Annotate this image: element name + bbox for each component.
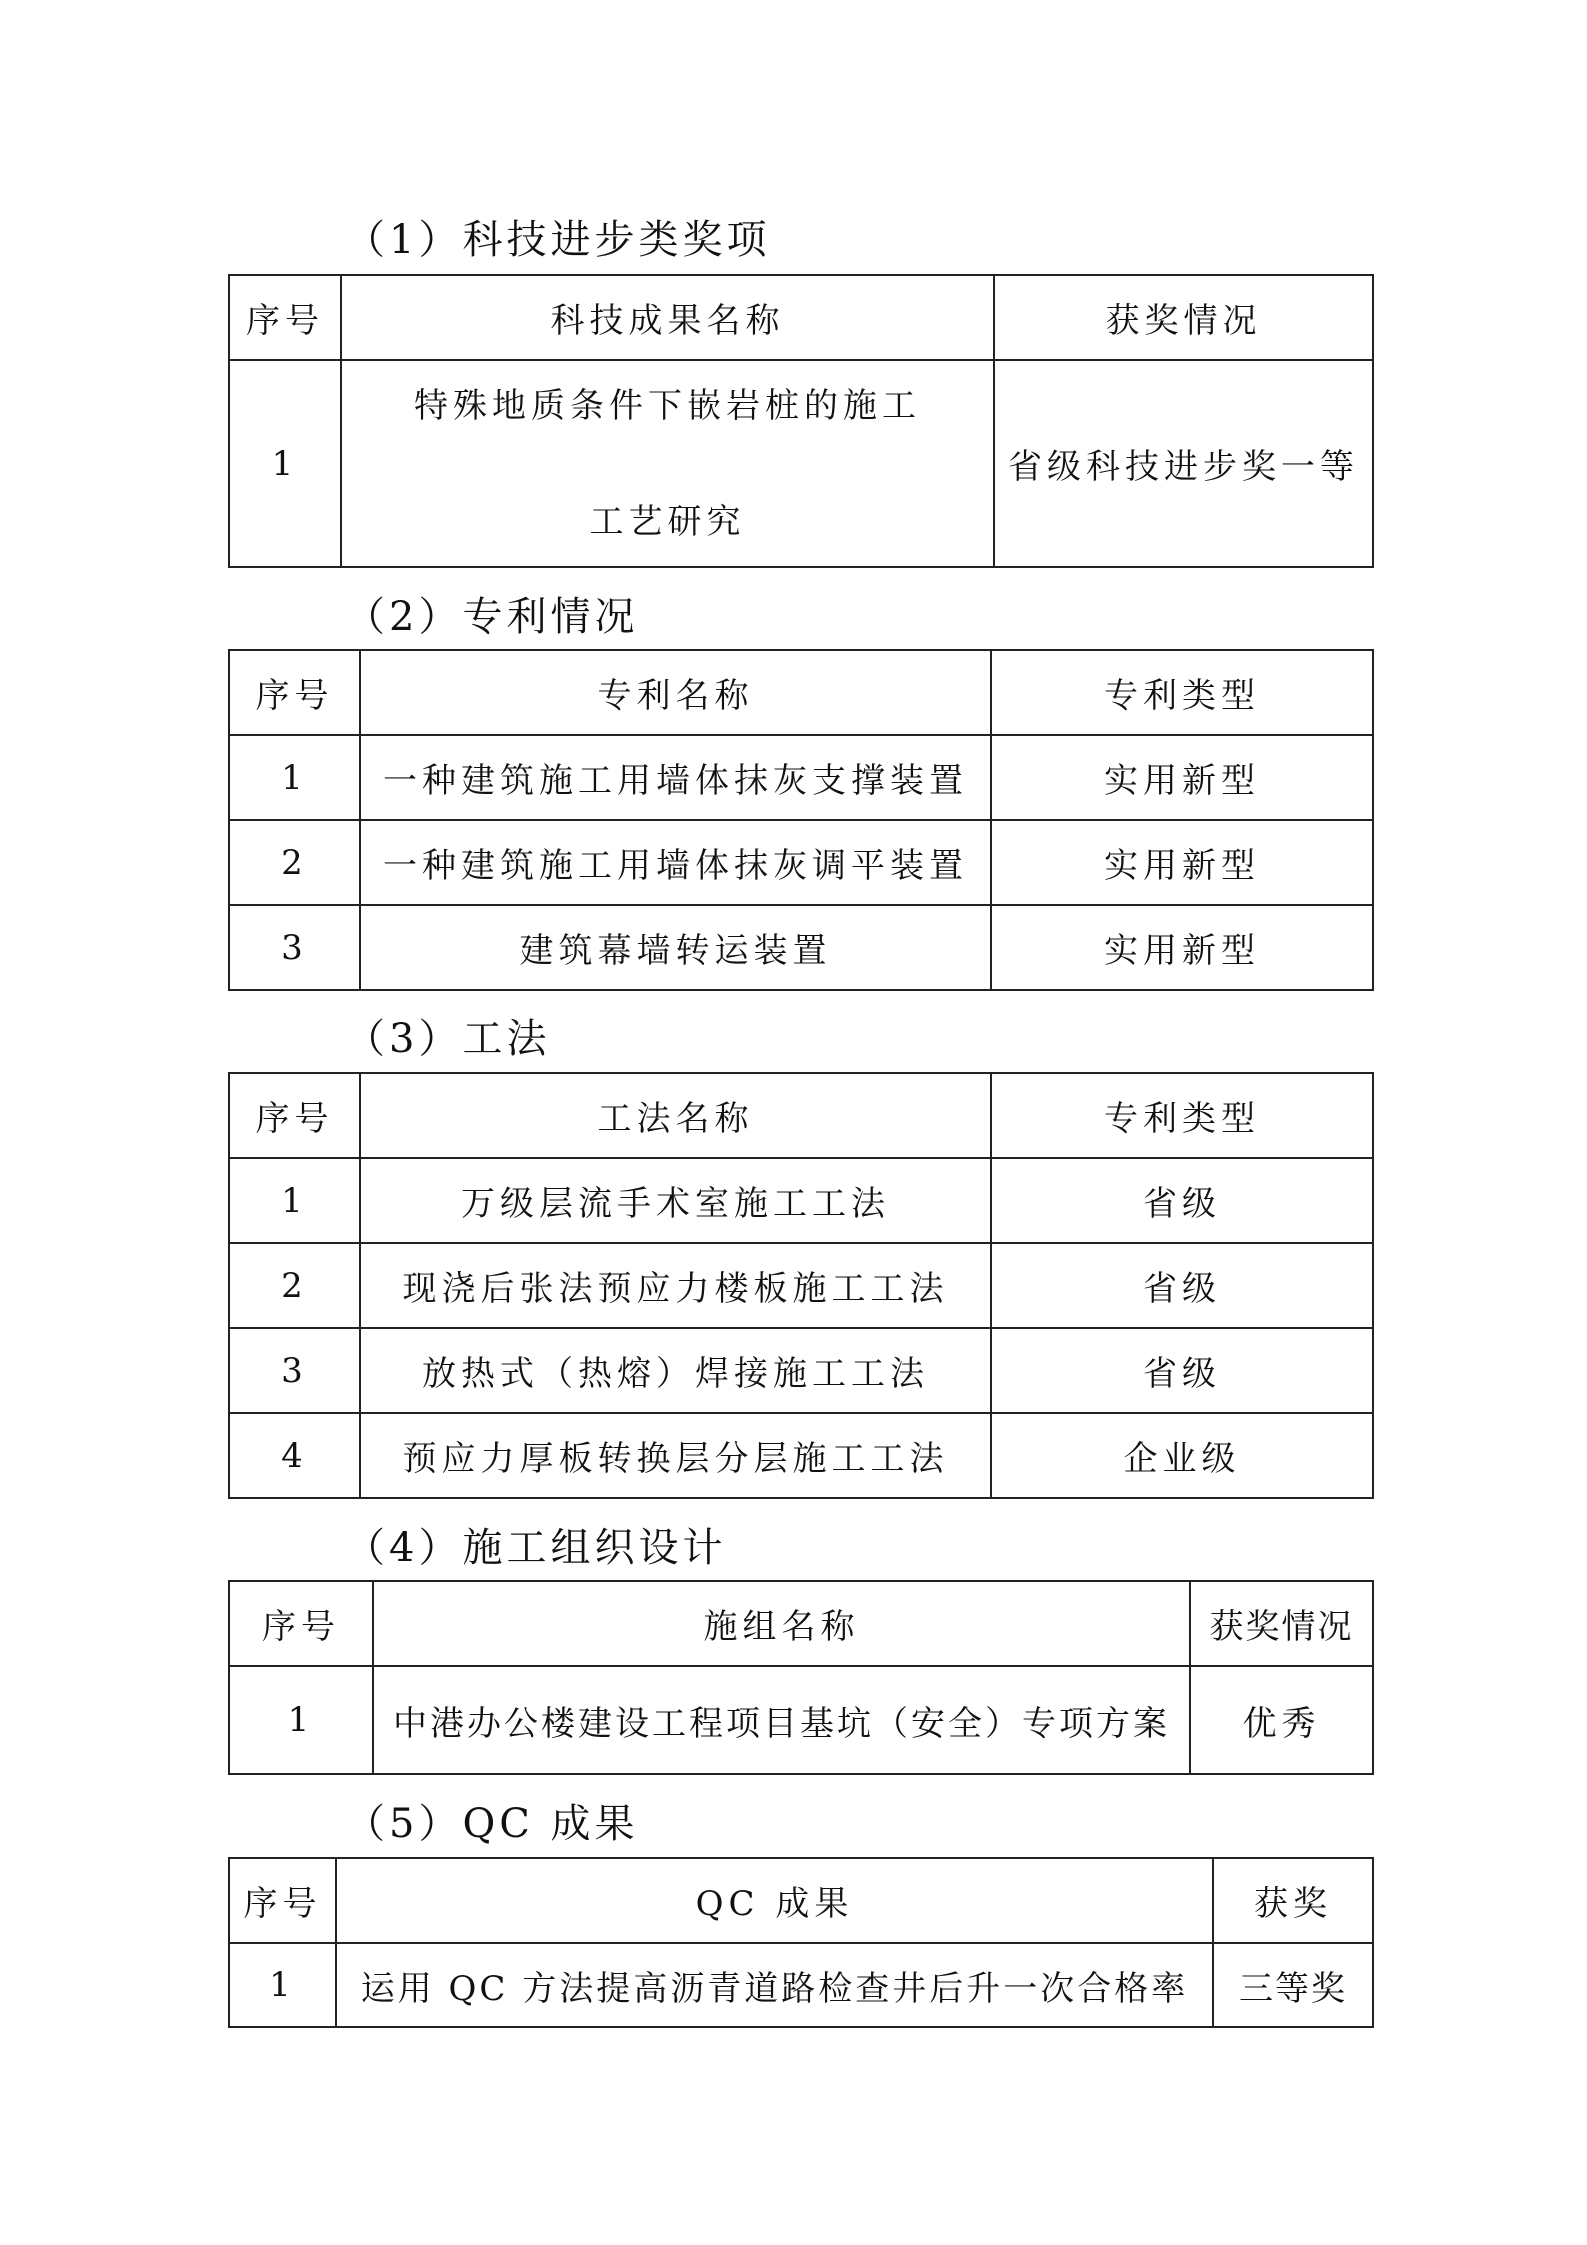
header-cell: 科技成果名称 [341, 275, 994, 360]
method-level: 省级 [991, 1243, 1373, 1328]
row-number: 2 [229, 1243, 360, 1328]
design-name: 中港办公楼建设工程项目基坑（安全）专项方案 [373, 1666, 1190, 1774]
table-row: 2 现浇后张法预应力楼板施工工法 省级 [229, 1243, 1373, 1328]
patents-table: 序号 专利名称 专利类型 1 一种建筑施工用墙体抹灰支撑装置 实用新型 2 一种… [228, 649, 1374, 991]
row-number: 1 [229, 360, 341, 567]
table-header-row: 序号 科技成果名称 获奖情况 [229, 275, 1373, 360]
design-award: 优秀 [1190, 1666, 1373, 1774]
header-cell: 获奖情况 [1190, 1581, 1373, 1666]
header-cell: 施组名称 [373, 1581, 1190, 1666]
method-name: 预应力厚板转换层分层施工工法 [360, 1413, 991, 1498]
table-row: 1 运用 QC 方法提高沥青道路检查井后升一次合格率 三等奖 [229, 1943, 1373, 2027]
row-number: 1 [229, 1158, 360, 1243]
row-number: 1 [229, 1666, 373, 1774]
table-row: 3 放热式（热熔）焊接施工工法 省级 [229, 1328, 1373, 1413]
section-heading-tech-progress: （1）科技进步类奖项 [345, 216, 770, 264]
patent-name: 一种建筑施工用墙体抹灰支撑装置 [360, 735, 991, 820]
method-name: 放热式（热熔）焊接施工工法 [360, 1328, 991, 1413]
table-row: 1 一种建筑施工用墙体抹灰支撑装置 实用新型 [229, 735, 1373, 820]
method-level: 企业级 [991, 1413, 1373, 1498]
row-number: 3 [229, 905, 360, 990]
header-cell: 序号 [229, 1581, 373, 1666]
patent-type: 实用新型 [991, 905, 1373, 990]
header-cell: 专利类型 [991, 650, 1373, 735]
table-row: 2 一种建筑施工用墙体抹灰调平装置 实用新型 [229, 820, 1373, 905]
header-cell: 获奖情况 [994, 275, 1373, 360]
method-level: 省级 [991, 1328, 1373, 1413]
section-heading-patents: （2）专利情况 [345, 593, 638, 641]
header-cell: 序号 [229, 1858, 336, 1943]
method-name: 现浇后张法预应力楼板施工工法 [360, 1243, 991, 1328]
section-heading-construction-design: （4）施工组织设计 [345, 1524, 726, 1572]
patent-type: 实用新型 [991, 820, 1373, 905]
table-header-row: 序号 工法名称 专利类型 [229, 1073, 1373, 1158]
methods-table: 序号 工法名称 专利类型 1 万级层流手术室施工工法 省级 2 现浇后张法预应力… [228, 1072, 1374, 1499]
table-row: 1 特殊地质条件下嵌岩桩的施工 工艺研究 省级科技进步奖一等 [229, 360, 1373, 567]
qc-table: 序号 QC 成果 获奖 1 运用 QC 方法提高沥青道路检查井后升一次合格率 三… [228, 1857, 1374, 2028]
table-row: 1 万级层流手术室施工工法 省级 [229, 1158, 1373, 1243]
header-cell: QC 成果 [336, 1858, 1213, 1943]
achievement-name-line2: 工艺研究 [348, 493, 987, 551]
method-name: 万级层流手术室施工工法 [360, 1158, 991, 1243]
header-cell: 序号 [229, 1073, 360, 1158]
achievement-name: 特殊地质条件下嵌岩桩的施工 工艺研究 [341, 360, 994, 567]
method-level: 省级 [991, 1158, 1373, 1243]
tech-progress-table: 序号 科技成果名称 获奖情况 1 特殊地质条件下嵌岩桩的施工 工艺研究 省级科技… [228, 274, 1374, 568]
table-row: 1 中港办公楼建设工程项目基坑（安全）专项方案 优秀 [229, 1666, 1373, 1774]
row-number: 1 [229, 735, 360, 820]
qc-name: 运用 QC 方法提高沥青道路检查井后升一次合格率 [336, 1943, 1213, 2027]
table-header-row: 序号 施组名称 获奖情况 [229, 1581, 1373, 1666]
patent-name: 一种建筑施工用墙体抹灰调平装置 [360, 820, 991, 905]
header-cell: 获奖 [1213, 1858, 1373, 1943]
table-header-row: 序号 QC 成果 获奖 [229, 1858, 1373, 1943]
award-result: 省级科技进步奖一等 [994, 360, 1373, 567]
table-row: 4 预应力厚板转换层分层施工工法 企业级 [229, 1413, 1373, 1498]
row-number: 4 [229, 1413, 360, 1498]
header-cell: 专利名称 [360, 650, 991, 735]
section-heading-methods: （3）工法 [345, 1015, 550, 1063]
table-row: 3 建筑幕墙转运装置 实用新型 [229, 905, 1373, 990]
header-cell: 序号 [229, 650, 360, 735]
row-number: 1 [229, 1943, 336, 2027]
header-cell: 工法名称 [360, 1073, 991, 1158]
section-heading-qc: （5）QC 成果 [345, 1800, 639, 1848]
qc-award: 三等奖 [1213, 1943, 1373, 2027]
row-number: 3 [229, 1328, 360, 1413]
header-cell: 专利类型 [991, 1073, 1373, 1158]
row-number: 2 [229, 820, 360, 905]
table-header-row: 序号 专利名称 专利类型 [229, 650, 1373, 735]
patent-type: 实用新型 [991, 735, 1373, 820]
header-cell: 序号 [229, 275, 341, 360]
achievement-name-line1: 特殊地质条件下嵌岩桩的施工 [348, 377, 987, 435]
patent-name: 建筑幕墙转运装置 [360, 905, 991, 990]
construction-design-table: 序号 施组名称 获奖情况 1 中港办公楼建设工程项目基坑（安全）专项方案 优秀 [228, 1580, 1374, 1775]
